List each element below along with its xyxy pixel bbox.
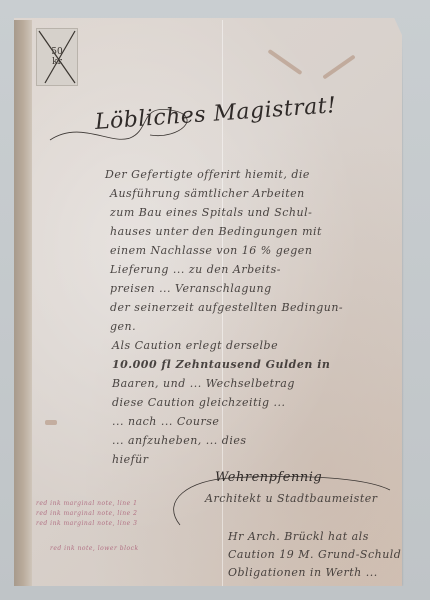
binding-edge (14, 20, 32, 586)
body-line: Als Caution erlegt derselbe (112, 339, 278, 352)
body-line: zum Bau eines Spitals und Schul- (110, 206, 312, 219)
note-line: Caution 19 M. Grund-Schuld (228, 548, 401, 561)
body-line: hauses unter den Bedingungen mit (110, 225, 322, 238)
note-line: Hr Arch. Brückl hat als (228, 530, 369, 543)
body-line: hiefür (112, 453, 149, 466)
body-line: ... nach ... Course (112, 415, 219, 428)
body-line: diese Caution gleichzeitig ... (112, 396, 286, 409)
body-line-amount: 10.000 fl Zehntausend Gulden in (112, 358, 330, 371)
ink-stain (45, 420, 57, 425)
body-line: der seinerzeit aufgestellten Bedingun- (110, 301, 343, 314)
stamp-unit: kr (52, 57, 62, 67)
stamp-value: 50 (51, 47, 62, 57)
body-line: Baaren, und ... Wechselbetrag (112, 377, 295, 390)
body-line: Der Gefertigte offerirt hiemit, die (105, 168, 310, 181)
signature: Wehrenpfennig (215, 470, 322, 485)
body-line: ... anfzuheben, ... dies (112, 434, 247, 447)
red-annotation: red ink note, lower block (50, 545, 139, 552)
body-line: gen. (110, 320, 136, 333)
red-annotation: red ink marginal note, line 2 (36, 510, 137, 517)
signature-title: Architekt u Stadtbaumeister (205, 492, 378, 505)
body-line: einem Nachlasse von 16 % gegen (110, 244, 312, 257)
red-annotation: red ink marginal note, line 3 (36, 520, 137, 527)
red-annotation: red ink marginal note, line 1 (36, 500, 137, 507)
note-line: Obligationen in Werth ... (228, 566, 378, 579)
body-line: Lieferung ... zu den Arbeits- (110, 263, 281, 276)
revenue-stamp: 50 kr (36, 28, 78, 86)
body-line: Ausführung sämtlicher Arbeiten (110, 187, 305, 200)
body-line: preisen ... Veranschlagung (110, 282, 272, 295)
